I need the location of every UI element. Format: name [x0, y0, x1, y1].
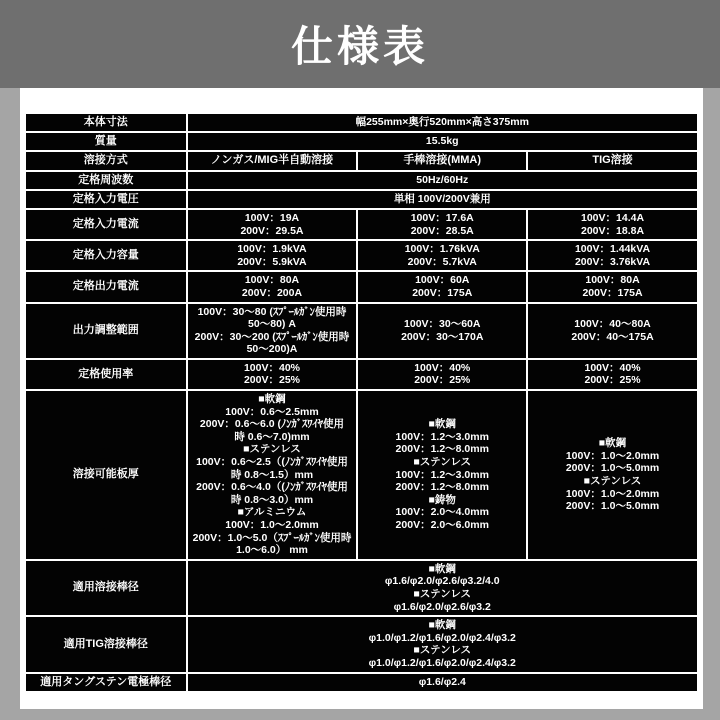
applicable-welding-rod-diameter-label: 適用溶接棒径	[25, 560, 187, 616]
rated-frequency-value: 50Hz/60Hz	[187, 171, 698, 190]
weight-value: 15.5kg	[187, 132, 698, 151]
page-title: 仕様表	[291, 14, 429, 74]
rated-input-current-label: 定格入力電流	[25, 209, 187, 240]
table-row-applicable-tig-rod-diameter: 適用TIG溶接棒径 ■軟鋼 φ1.0/φ1.2/φ1.6/φ2.0/φ2.4/φ…	[25, 616, 698, 672]
rated-input-voltage-label: 定格入力電圧	[25, 190, 187, 209]
table-row-rated-duty-cycle: 定格使用率 100V：40% 200V：25% 100V：40% 200V：25…	[25, 359, 698, 390]
applicable-tig-rod-diameter-value: ■軟鋼 φ1.0/φ1.2/φ1.6/φ2.0/φ2.4/φ3.2 ■ステンレス…	[187, 616, 698, 672]
welding-method-label: 溶接方式	[25, 151, 187, 170]
rated-duty-cycle-tig: 100V：40% 200V：25%	[527, 359, 698, 390]
title-band: 仕様表	[0, 0, 720, 88]
rated-input-capacity-tig: 100V：1.44kVA 200V：3.76kVA	[527, 240, 698, 271]
weldable-plate-thickness-mig: ■軟鋼 100V：0.6〜2.5mm 200V：0.6〜6.0 (ﾉﾝｶﾞｽﾜｲ…	[187, 390, 358, 560]
rated-output-current-label: 定格出力電流	[25, 271, 187, 302]
rated-input-capacity-label: 定格入力容量	[25, 240, 187, 271]
rated-output-current-mig: 100V：80A 200V：200A	[187, 271, 358, 302]
applicable-welding-rod-diameter-value: ■軟鋼 φ1.6/φ2.0/φ2.6/φ3.2/4.0 ■ステンレス φ1.6/…	[187, 560, 698, 616]
rated-input-current-mig: 100V：19A 200V：29.5A	[187, 209, 358, 240]
rated-input-capacity-mig: 100V：1.9kVA 200V：5.9kVA	[187, 240, 358, 271]
output-adjustment-range-mma: 100V：30〜60A 200V：30〜170A	[357, 303, 527, 359]
rated-input-capacity-mma: 100V：1.76kVA 200V：5.7kVA	[357, 240, 527, 271]
rated-input-current-mma: 100V：17.6A 200V：28.5A	[357, 209, 527, 240]
table-row-weight: 質量 15.5kg	[25, 132, 698, 151]
output-adjustment-range-tig: 100V：40〜80A 200V：40〜175A	[527, 303, 698, 359]
table-row-output-adjustment-range: 出力調整範囲 100V：30〜80 (ｽﾌﾟｰﾙｶﾞﾝ使用時 50〜80) A …	[25, 303, 698, 359]
rated-input-current-tig: 100V：14.4A 200V：18.8A	[527, 209, 698, 240]
output-adjustment-range-mig: 100V：30〜80 (ｽﾌﾟｰﾙｶﾞﾝ使用時 50〜80) A 200V：30…	[187, 303, 358, 359]
weldable-plate-thickness-label: 溶接可能板厚	[25, 390, 187, 560]
weldable-plate-thickness-tig: ■軟鋼 100V：1.0〜2.0mm 200V：1.0〜5.0mm ■ステンレス…	[527, 390, 698, 560]
applicable-tungsten-electrode-diameter-value: φ1.6/φ2.4	[187, 673, 698, 692]
rated-duty-cycle-mig: 100V：40% 200V：25%	[187, 359, 358, 390]
table-row-rated-input-current: 定格入力電流 100V：19A 200V：29.5A 100V：17.6A 20…	[25, 209, 698, 240]
applicable-tig-rod-diameter-label: 適用TIG溶接棒径	[25, 616, 187, 672]
table-row-welding-method: 溶接方式 ノンガス/MIG半自動溶接 手棒溶接(MMA) TIG溶接	[25, 151, 698, 170]
spec-card: 本体寸法 幅255mm×奥行520mm×高さ375mm 質量 15.5kg 溶接…	[20, 88, 703, 709]
table-row-dimensions: 本体寸法 幅255mm×奥行520mm×高さ375mm	[25, 113, 698, 132]
table-row-rated-input-capacity: 定格入力容量 100V：1.9kVA 200V：5.9kVA 100V：1.76…	[25, 240, 698, 271]
table-row-rated-output-current: 定格出力電流 100V：80A 200V：200A 100V：60A 200V：…	[25, 271, 698, 302]
rated-input-voltage-value: 単相 100V/200V兼用	[187, 190, 698, 209]
weldable-plate-thickness-mma: ■軟鋼 100V：1.2〜3.0mm 200V：1.2〜8.0mm ■ステンレス…	[357, 390, 527, 560]
dimensions-value: 幅255mm×奥行520mm×高さ375mm	[187, 113, 698, 132]
column-header-mma: 手棒溶接(MMA)	[357, 151, 527, 170]
column-header-tig: TIG溶接	[527, 151, 698, 170]
rated-duty-cycle-mma: 100V：40% 200V：25%	[357, 359, 527, 390]
table-row-rated-input-voltage: 定格入力電圧 単相 100V/200V兼用	[25, 190, 698, 209]
output-adjustment-range-label: 出力調整範囲	[25, 303, 187, 359]
weight-label: 質量	[25, 132, 187, 151]
spec-table: 本体寸法 幅255mm×奥行520mm×高さ375mm 質量 15.5kg 溶接…	[24, 112, 699, 693]
rated-output-current-mma: 100V：60A 200V：175A	[357, 271, 527, 302]
table-row-applicable-tungsten-electrode-diameter: 適用タングステン電極棒径 φ1.6/φ2.4	[25, 673, 698, 692]
column-header-mig: ノンガス/MIG半自動溶接	[187, 151, 358, 170]
applicable-tungsten-electrode-diameter-label: 適用タングステン電極棒径	[25, 673, 187, 692]
table-row-weldable-plate-thickness: 溶接可能板厚 ■軟鋼 100V：0.6〜2.5mm 200V：0.6〜6.0 (…	[25, 390, 698, 560]
rated-output-current-tig: 100V：80A 200V：175A	[527, 271, 698, 302]
rated-frequency-label: 定格周波数	[25, 171, 187, 190]
table-row-applicable-welding-rod-diameter: 適用溶接棒径 ■軟鋼 φ1.6/φ2.0/φ2.6/φ3.2/4.0 ■ステンレ…	[25, 560, 698, 616]
table-row-rated-frequency: 定格周波数 50Hz/60Hz	[25, 171, 698, 190]
rated-duty-cycle-label: 定格使用率	[25, 359, 187, 390]
dimensions-label: 本体寸法	[25, 113, 187, 132]
